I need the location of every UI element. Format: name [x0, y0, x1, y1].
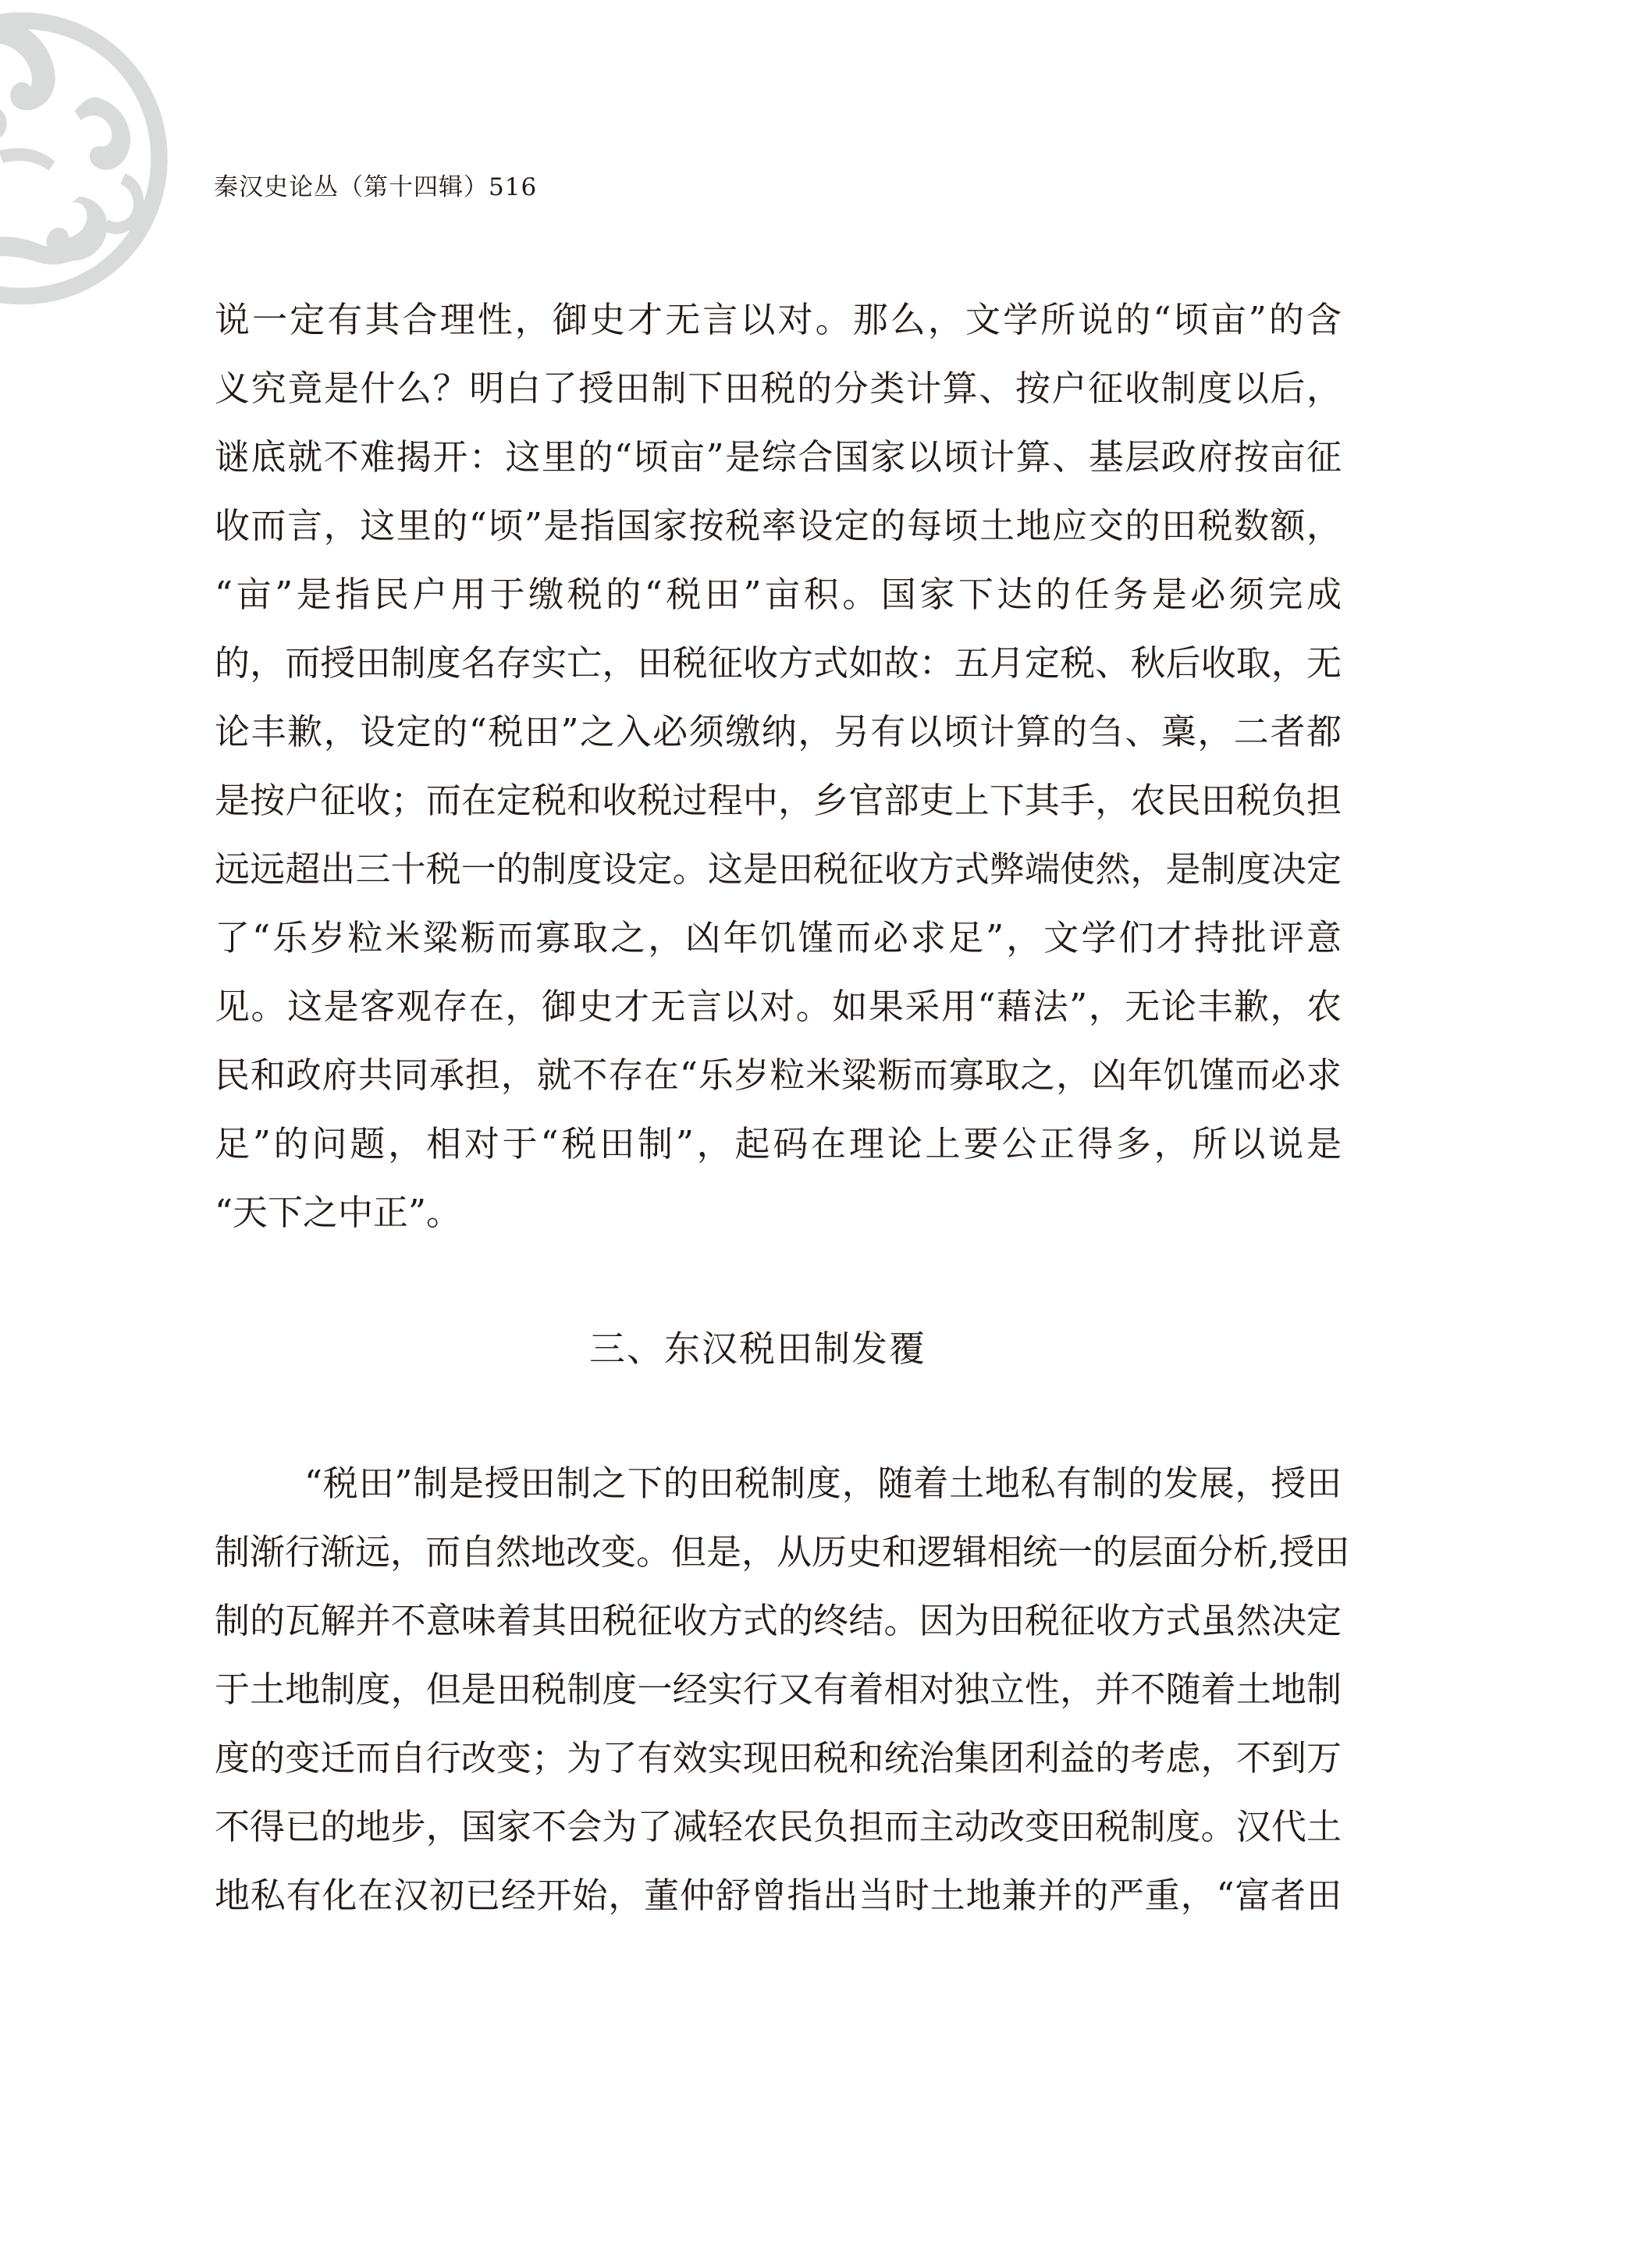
running-header: 秦汉史论丛（第十四辑）516	[214, 170, 537, 204]
text-line: 了“乐岁粒米粱粝而寡取之，凶年饥馑而必求足”，文学们才持批评意	[215, 904, 1342, 972]
text-line: 见。这是客观存在，御史才无言以对。如果采用“藉法”，无论丰歉，农	[215, 972, 1342, 1041]
text-line: 足”的问题，相对于“税田制”，起码在理论上要公正得多，所以说是	[215, 1110, 1342, 1178]
text-line: “天下之中正”。	[215, 1178, 1342, 1247]
text-line: 论丰歉，设定的“税田”之入必须缴纳，另有以顷计算的刍、稾，二者都	[215, 698, 1342, 766]
text-line: “税田”制是授田制之下的田税制度，随着土地私有制的发展，授田	[215, 1449, 1342, 1518]
cloud-dragon-roundel-icon	[0, 6, 176, 311]
text-line: 是按户征收；而在定税和收税过程中，乡官部吏上下其手，农民田税负担	[215, 766, 1342, 835]
text-line: 制渐行渐远，而自然地改变。但是，从历史和逻辑相统一的层面分析,授田	[215, 1518, 1342, 1587]
text-line: 远远超出三十税一的制度设定。这是田税征收方式弊端使然，是制度决定	[215, 835, 1342, 904]
text-line: 的，而授田制度名存实亡，田税征收方式如故：五月定税、秋后收取，无	[215, 629, 1342, 698]
text-line: 义究竟是什么？明白了授田制下田税的分类计算、按户征收制度以后，	[215, 354, 1342, 423]
text-line: 制的瓦解并不意味着其田税征收方式的终结。因为田税征收方式虽然决定	[215, 1587, 1342, 1655]
text-line: 于土地制度，但是田税制度一经实行又有着相对独立性，并不随着土地制	[215, 1655, 1342, 1724]
text-line: 不得已的地步，国家不会为了减轻农民负担而主动改变田税制度。汉代土	[215, 1793, 1342, 1861]
text-line: 地私有化在汉初已经开始，董仲舒曾指出当时土地兼并的严重，“富者田	[215, 1861, 1342, 1930]
text-line: 度的变迁而自行改变；为了有效实现田税和统治集团利益的考虑，不到万	[215, 1724, 1342, 1793]
body-paragraph-1: 说一定有其合理性，御史才无言以对。那么，文学所说的“顷亩”的含 义究竟是什么？明…	[215, 286, 1342, 1247]
text-line: 说一定有其合理性，御史才无言以对。那么，文学所说的“顷亩”的含	[215, 286, 1342, 354]
text-line: “亩”是指民户用于缴税的“税田”亩积。国家下达的任务是必须完成	[215, 560, 1342, 629]
text-line: 谜底就不难揭开：这里的“顷亩”是综合国家以顷计算、基层政府按亩征	[215, 423, 1342, 492]
text-line: 收而言，这里的“顷”是指国家按税率设定的每顷土地应交的田税数额，	[215, 492, 1342, 560]
section-heading: 三、东汉税田制发覆	[589, 1325, 926, 1372]
body-paragraph-2: “税田”制是授田制之下的田税制度，随着土地私有制的发展，授田 制渐行渐远，而自然…	[215, 1449, 1342, 1930]
text-line: 民和政府共同承担，就不存在“乐岁粒米粱粝而寡取之，凶年饥馑而必求	[215, 1041, 1342, 1110]
